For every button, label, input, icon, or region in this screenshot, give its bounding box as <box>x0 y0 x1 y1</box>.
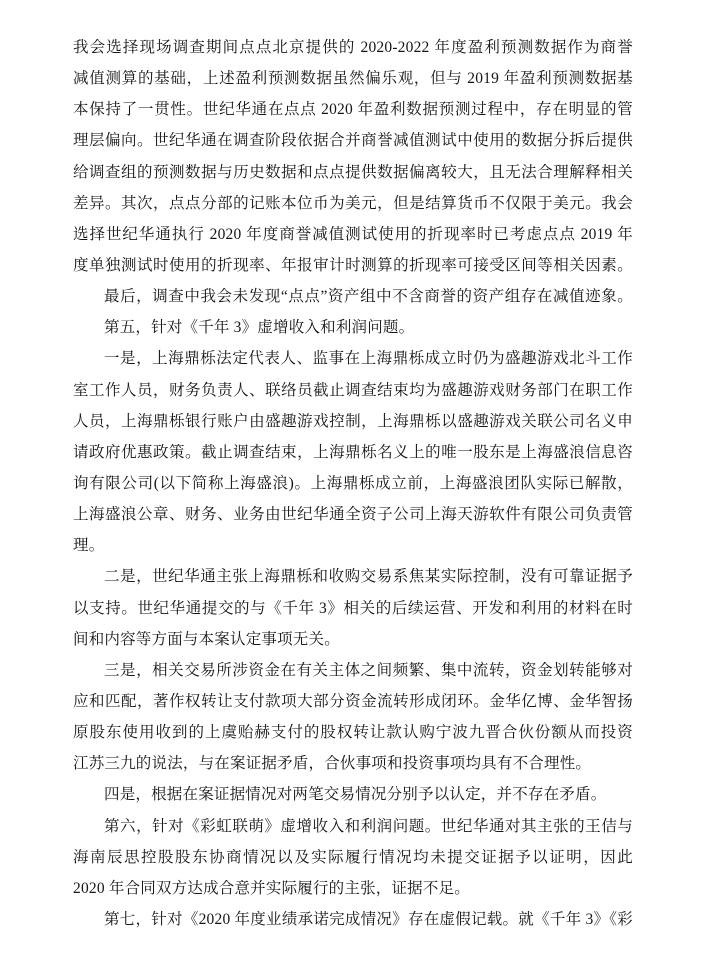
text-line: 第七，针对《2020 年度业绩承诺完成情况》存在虚假记载。就《千年 3》《彩 <box>73 904 633 935</box>
text-line: 最后，调查中我会未发现“点点”资产组中不含商誉的资产组存在减值迹象。 <box>73 281 633 312</box>
text-line: 本保持了一贯性。世纪华通在点点 2020 年盈利数据预测过程中，存在明显的管 <box>73 94 633 125</box>
text-line: 第五，针对《千年 3》虚增收入和利润问题。 <box>73 312 633 343</box>
text-line: 减值测算的基础，上述盈利预测数据虽然偏乐观，但与 2019 年盈利预测数据基 <box>73 63 633 94</box>
text-line: 询有限公司(以下简称上海盛浪)。上海鼎栎成立前，上海盛浪团队实际已解散， <box>73 468 633 499</box>
text-line: 海南辰思控股股东协商情况以及实际履行情况均未提交证据予以证明，因此 <box>73 842 633 873</box>
text-line: 第六，针对《彩虹联萌》虚增收入和利润问题。世纪华通对其主张的王佶与 <box>73 811 633 842</box>
text-line: 2020 年合同双方达成合意并实际履行的主张，证据不足。 <box>73 873 633 904</box>
text-line: 四是，根据在案证据情况对两笔交易情况分别予以认定，并不存在矛盾。 <box>73 779 633 810</box>
text-line: 江苏三九的说法，与在案证据矛盾，合伙事项和投资事项均具有不合理性。 <box>73 748 633 779</box>
text-line: 我会选择现场调查期间点点北京提供的 2020-2022 年度盈利预测数据作为商誉 <box>73 32 633 63</box>
text-line: 度单独测试时使用的折现率、年报审计时测算的折现率可接受区间等相关因素。 <box>73 250 633 281</box>
text-line: 请政府优惠政策。截止调查结束，上海鼎栎名义上的唯一股东是上海盛浪信息咨 <box>73 437 633 468</box>
text-line: 二是，世纪华通主张上海鼎栎和收购交易系焦某实际控制，没有可靠证据予 <box>73 561 633 592</box>
text-line: 应和匹配，著作权转让支付款项大部分资金流转形成闭环。金华亿博、金华智扬 <box>73 686 633 717</box>
document-page: 我会选择现场调查期间点点北京提供的 2020-2022 年度盈利预测数据作为商誉… <box>73 32 633 935</box>
text-line: 理。 <box>73 530 633 561</box>
text-line: 一是，上海鼎栎法定代表人、监事在上海鼎栎成立时仍为盛趣游戏北斗工作 <box>73 343 633 374</box>
text-line: 人员，上海鼎栎银行账户由盛趣游戏控制，上海鼎栎以盛趣游戏关联公司名义申 <box>73 406 633 437</box>
text-line: 室工作人员，财务负责人、联络员截止调查结束均为盛趣游戏财务部门在职工作 <box>73 375 633 406</box>
text-line: 上海盛浪公章、财务、业务由世纪华通全资子公司上海天游软件有限公司负责管 <box>73 499 633 530</box>
text-line: 选择世纪华通执行 2020 年度商誉减值测试使用的折现率时已考虑点点 2019 … <box>73 219 633 250</box>
text-line: 差异。其次，点点分部的记账本位币为美元，但是结算货币不仅限于美元。我会 <box>73 188 633 219</box>
text-line: 以支持。世纪华通提交的与《千年 3》相关的后续运营、开发和利用的材料在时 <box>73 593 633 624</box>
text-line: 三是，相关交易所涉资金在有关主体之间频繁、集中流转，资金划转能够对 <box>73 655 633 686</box>
text-line: 理层偏向。世纪华通在调查阶段依据合并商誉减值测试中使用的数据分拆后提供 <box>73 125 633 156</box>
text-line: 给调查组的预测数据与历史数据和点点提供数据偏离较大，且无法合理解释相关 <box>73 157 633 188</box>
text-line: 间和内容等方面与本案认定事项无关。 <box>73 624 633 655</box>
text-line: 原股东使用收到的上虞贻赫支付的股权转让款认购宁波九晋合伙份额从而投资 <box>73 717 633 748</box>
